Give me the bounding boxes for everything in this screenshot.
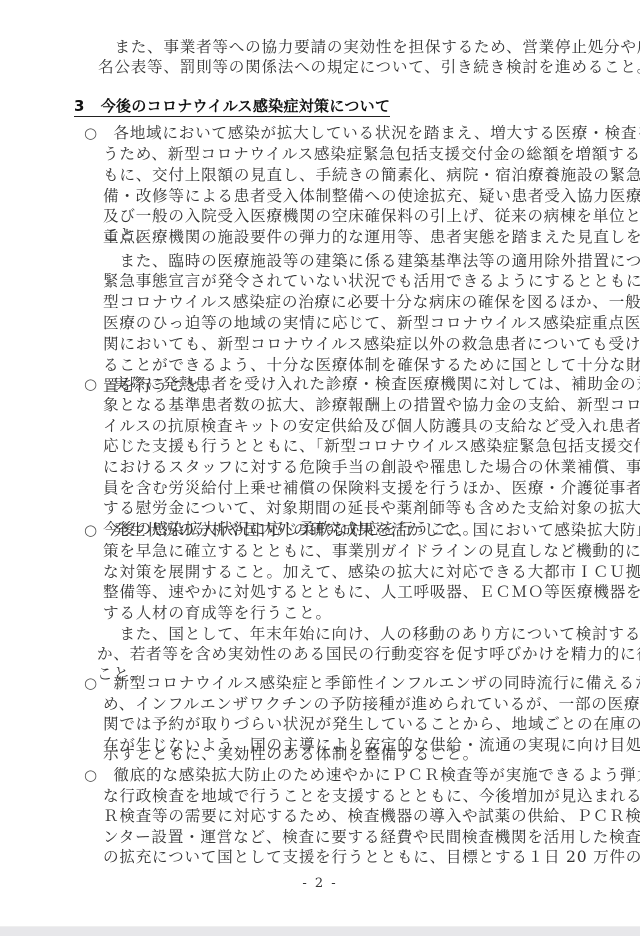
item1-line-13: ることができるよう、十分な医療体制を確保するために国として十分な財源措 <box>103 355 640 375</box>
item4-line-5: 示すとともに、実効性のある体制を整備すること。 <box>103 744 479 764</box>
item2-line-4: 応じた支援も行うとともに、「新型コロナウイルス感染症緊急包括支援交付金」 <box>103 436 640 456</box>
item1-line-12: 関においても、新型コロナウイルス感染症以外の救急患者についても受け入れ <box>103 334 640 354</box>
item1-line-9: 緊急事態宣言が発令されていない状況でも活用できるようにするとともに、新 <box>103 271 640 291</box>
item3-line-3: な対策を展開すること。加えて、感染の拡大に対応できる大都市ＩＣＵ拠点の <box>103 562 640 582</box>
item3-line-4: 整備等、速やかに対処するとともに、人工呼吸器、ＥＣＭＯ等医療機器を管理 <box>103 582 640 602</box>
viewer-bottom-bar <box>0 926 640 936</box>
item5-line-4: ンター設置・運営など、検査に要する経費や民間検査機関を活用した検査体制 <box>103 827 640 847</box>
item3-line-1: 発生状況の分析や国内外の研究成果を活かして、国において感染拡大防止対 <box>97 520 640 540</box>
intro-line-2: 名公表等、罰則等の関係法への規定について、引き続き検討を進めること。 <box>98 57 640 77</box>
page-number: - 2 - <box>0 876 640 891</box>
item4-line-2: め、インフルエンザワクチンの予防接種が進められているが、一部の医療機 <box>103 694 640 714</box>
item1-line-5: 及び一般の入院受入医療機関の空床確保料の引上げ、従来の病棟を単位とする <box>103 206 640 226</box>
item1-line-6: 重点医療機関の施設要件の弾力的な運用等、患者実態を踏まえた見直しを行う <box>103 227 640 247</box>
item3-line-7: か、若者等を含め実効性のある国民の行動変容を促す呼びかけを精力的に行う <box>97 644 640 664</box>
bullet-circle-icon: ○ <box>84 765 97 785</box>
item4-line-1: 新型コロナウイルス感染症と季節性インフルエンザの同時流行に備えるた <box>97 673 640 693</box>
item2-line-2: 象となる基準患者数の拡大、診療報酬上の措置や協力金の支給、新型コロナウ <box>103 395 640 415</box>
section-title: 今後のコロナウイルス感染症対策について <box>101 97 391 115</box>
item1-line-2: うため、新型コロナウイルス感染症緊急包括支援交付金の総額を増額するとと <box>103 144 640 164</box>
item5-line-2: な行政検査を地域で行うことを支援するとともに、今後増加が見込まれるＰＣ <box>103 786 640 806</box>
item2-line-5: におけるスタッフに対する危険手当の創設や罹患した場合の休業補償、事務職 <box>103 457 640 477</box>
item3-line-5: する人材の育成等を行うこと。 <box>103 603 332 623</box>
item2-line-6: 員を含む労災給付上乗せ補償の保険料支援を行うほか、医療・介護従事者に対 <box>103 478 640 498</box>
bullet-circle-icon: ○ <box>84 123 97 143</box>
intro-line-1: また、事業者等への協力要請の実効性を担保するため、営業停止処分や店 <box>98 37 640 57</box>
item1-line-10: 型コロナウイルス感染症の治療に必要十分な病床の確保を図るほか、一般救急 <box>103 292 640 312</box>
item1-line-3: もに、交付上限額の見直し、手続きの簡素化、病院・宿泊療養施設の緊急整 <box>103 165 640 185</box>
bullet-circle-icon: ○ <box>84 673 97 693</box>
document-page: また、事業者等への協力要請の実効性を担保するため、営業停止処分や店 名公表等、罰… <box>0 0 640 926</box>
section-number: 3 <box>74 97 85 115</box>
item1-line-4: 備・改修等による患者受入体制整備への使途拡充、疑い患者受入協力医療機関 <box>103 186 640 206</box>
item5-line-5: の拡充について国として支援を行うとともに、目標とする１日 20 万件の検査 <box>103 847 640 867</box>
item2-line-1: 実際に発熱患者を受け入れた診療・検査医療機関に対しては、補助金の対 <box>97 374 640 394</box>
item1-line-1: 各地域において感染が拡大している状況を踏まえ、増大する医療・検査を賄 <box>97 123 640 143</box>
bullet-circle-icon: ○ <box>84 374 97 394</box>
section-heading: 3今後のコロナウイルス感染症対策について <box>74 97 390 117</box>
item1-line-11: 医療のひっ迫等の地域の実情に応じて、新型コロナウイルス感染症重点医療機 <box>103 313 640 333</box>
item3-line-6: また、国として、年末年始に向け、人の移動のあり方について検討するほ <box>103 624 640 644</box>
item3-line-2: 策を早急に確立するとともに、事業別ガイドラインの見直しなど機動的に有効 <box>103 541 640 561</box>
item1-line-8: また、臨時の医療施設等の建築に係る建築基準法等の適用除外措置について、 <box>103 251 640 271</box>
item4-line-3: 関では予約が取りづらい状況が発生していることから、地域ごとの在庫の偏 <box>103 714 640 734</box>
item1-line-7: こと。 <box>103 225 152 245</box>
item2-line-7: する慰労金について、対象期間の延長や薬剤師等も含めた支給対象の拡大など、 <box>103 498 640 518</box>
item2-line-3: イルスの抗原検査キットの安定供給及び個人防護具の支給など受入れ患者数に <box>103 416 640 436</box>
item5-line-3: Ｒ検査等の需要に対応するため、検査機器の導入や試薬の供給、ＰＣＲ検査セ <box>103 806 640 826</box>
item5-line-1: 徹底的な感染拡大防止のため速やかにＰＣＲ検査等が実施できるよう弾力的 <box>97 765 640 785</box>
bullet-circle-icon: ○ <box>84 520 97 540</box>
